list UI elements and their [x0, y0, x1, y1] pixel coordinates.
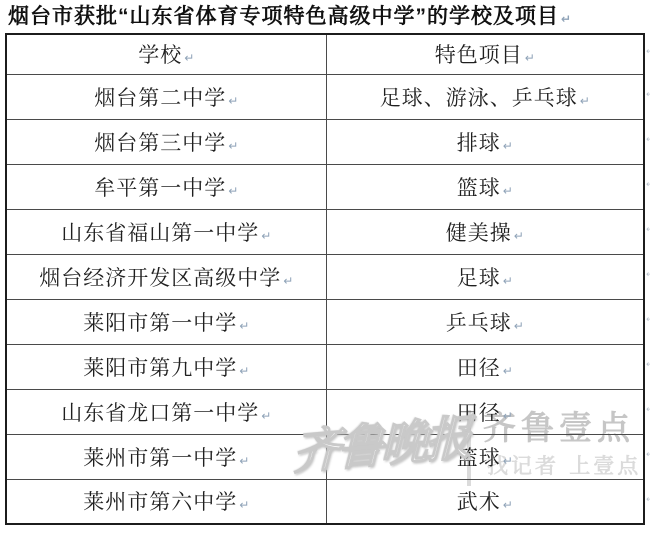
project-cell: 田径↵ — [326, 389, 644, 434]
document-page: 烟台市获批“山东省体育专项特色高级中学”的学校及项目↵ 学校↵ 特色项目↵ 烟台… — [0, 0, 650, 536]
paragraph-mark-icon: ↵ — [228, 184, 238, 198]
table-row: 莱阳市第九中学↵ 田径↵ — [6, 344, 644, 389]
end-of-row-mark-icon: ↵ — [646, 47, 650, 57]
table-row: 烟台经济开发区高级中学↵ 足球↵ — [6, 254, 644, 299]
paragraph-mark-icon: ↵ — [514, 319, 524, 333]
school-name: 牟平第一中学 — [94, 176, 226, 200]
project-name: 足球、游泳、乒乓球 — [380, 86, 578, 110]
paragraph-mark-icon: ↵ — [503, 498, 513, 512]
schools-projects-table: 学校↵ 特色项目↵ 烟台第二中学↵ 足球、游泳、乒乓球↵ 烟台第三中学↵ 排球↵… — [5, 33, 645, 525]
school-cell: 山东省福山第一中学↵ — [6, 209, 326, 254]
paragraph-mark-icon: ↵ — [503, 364, 513, 378]
project-name: 乒乓球 — [446, 311, 512, 335]
end-of-row-mark-icon: ↵ — [646, 225, 650, 235]
project-cell: 篮球↵ — [326, 434, 644, 479]
paragraph-mark-icon: ↵ — [561, 12, 571, 26]
school-cell: 莱州市第六中学↵ — [6, 479, 326, 524]
project-name: 篮球 — [457, 446, 501, 470]
end-of-row-mark-icon: ↵ — [646, 405, 650, 415]
table-body: 烟台第二中学↵ 足球、游泳、乒乓球↵ 烟台第三中学↵ 排球↵ 牟平第一中学↵ 篮… — [6, 74, 644, 524]
end-of-row-mark-icon: ↵ — [646, 315, 650, 325]
school-cell: 烟台第二中学↵ — [6, 74, 326, 119]
project-name: 足球 — [457, 266, 501, 290]
school-name: 莱州市第一中学 — [83, 446, 237, 470]
paragraph-mark-icon: ↵ — [261, 229, 271, 243]
school-name: 莱阳市第一中学 — [83, 311, 237, 335]
project-cell: 排球↵ — [326, 119, 644, 164]
school-name: 莱阳市第九中学 — [83, 356, 237, 380]
table-row: 烟台第三中学↵ 排球↵ — [6, 119, 644, 164]
paragraph-mark-icon: ↵ — [261, 409, 271, 423]
end-of-row-mark-icon: ↵ — [646, 495, 650, 505]
project-name: 武术 — [457, 490, 501, 514]
table-row: 牟平第一中学↵ 篮球↵ — [6, 164, 644, 209]
school-cell: 山东省龙口第一中学↵ — [6, 389, 326, 434]
header-row: 学校↵ 特色项目↵ — [6, 34, 644, 74]
project-cell: 篮球↵ — [326, 164, 644, 209]
paragraph-mark-icon: ↵ — [228, 94, 238, 108]
project-name: 篮球 — [457, 176, 501, 200]
project-name: 健美操 — [446, 221, 512, 245]
school-name: 山东省福山第一中学 — [61, 221, 259, 245]
school-name: 烟台经济开发区高级中学 — [39, 266, 281, 290]
school-cell: 莱阳市第一中学↵ — [6, 299, 326, 344]
end-of-row-mark-icon: ↵ — [646, 450, 650, 460]
project-cell: 乒乓球↵ — [326, 299, 644, 344]
end-of-row-mark-icon: ↵ — [646, 90, 650, 100]
paragraph-mark-icon: ↵ — [514, 229, 524, 243]
school-name: 莱州市第六中学 — [83, 490, 237, 514]
table-row: 莱州市第六中学↵ 武术↵ — [6, 479, 644, 524]
end-of-row-mark-icon: ↵ — [646, 360, 650, 370]
paragraph-mark-icon: ↵ — [503, 274, 513, 288]
table-header: 学校↵ 特色项目↵ — [6, 34, 644, 74]
paragraph-mark-icon: ↵ — [503, 184, 513, 198]
table-row: 山东省龙口第一中学↵ 田径↵ — [6, 389, 644, 434]
paragraph-mark-icon: ↵ — [239, 364, 249, 378]
end-of-row-mark-icon: ↵ — [646, 135, 650, 145]
paragraph-mark-icon: ↵ — [239, 319, 249, 333]
project-cell: 田径↵ — [326, 344, 644, 389]
paragraph-mark-icon: ↵ — [503, 139, 513, 153]
table-row: 烟台第二中学↵ 足球、游泳、乒乓球↵ — [6, 74, 644, 119]
col-header-school: 学校↵ — [6, 34, 326, 74]
paragraph-mark-icon: ↵ — [580, 94, 590, 108]
table-row: 莱州市第一中学↵ 篮球↵ — [6, 434, 644, 479]
school-name: 山东省龙口第一中学 — [61, 401, 259, 425]
col-header-project-label: 特色项目 — [435, 43, 523, 67]
table-row: 山东省福山第一中学↵ 健美操↵ — [6, 209, 644, 254]
project-name: 田径 — [457, 401, 501, 425]
paragraph-mark-icon: ↵ — [503, 454, 513, 468]
project-name: 田径 — [457, 356, 501, 380]
col-header-school-label: 学校 — [138, 43, 182, 67]
paragraph-mark-icon: ↵ — [239, 454, 249, 468]
page-title-text: 烟台市获批“山东省体育专项特色高级中学”的学校及项目 — [8, 5, 559, 28]
project-cell: 足球、游泳、乒乓球↵ — [326, 74, 644, 119]
school-cell: 莱阳市第九中学↵ — [6, 344, 326, 389]
school-name: 烟台第三中学 — [94, 131, 226, 155]
school-cell: 牟平第一中学↵ — [6, 164, 326, 209]
end-of-row-mark-icon: ↵ — [646, 180, 650, 190]
school-cell: 莱州市第一中学↵ — [6, 434, 326, 479]
table-row: 莱阳市第一中学↵ 乒乓球↵ — [6, 299, 644, 344]
paragraph-mark-icon: ↵ — [503, 409, 513, 423]
project-cell: 足球↵ — [326, 254, 644, 299]
project-name: 排球 — [457, 131, 501, 155]
col-header-project: 特色项目↵ — [326, 34, 644, 74]
project-cell: 健美操↵ — [326, 209, 644, 254]
paragraph-mark-icon: ↵ — [239, 498, 249, 512]
school-cell: 烟台经济开发区高级中学↵ — [6, 254, 326, 299]
paragraph-mark-icon: ↵ — [283, 274, 293, 288]
paragraph-mark-icon: ↵ — [228, 139, 238, 153]
paragraph-mark-icon: ↵ — [525, 51, 535, 65]
paragraph-mark-icon: ↵ — [184, 51, 194, 65]
school-cell: 烟台第三中学↵ — [6, 119, 326, 164]
end-of-row-mark-icon: ↵ — [646, 270, 650, 280]
page-title: 烟台市获批“山东省体育专项特色高级中学”的学校及项目↵ — [8, 3, 648, 33]
project-cell: 武术↵ — [326, 479, 644, 524]
school-name: 烟台第二中学 — [94, 86, 226, 110]
